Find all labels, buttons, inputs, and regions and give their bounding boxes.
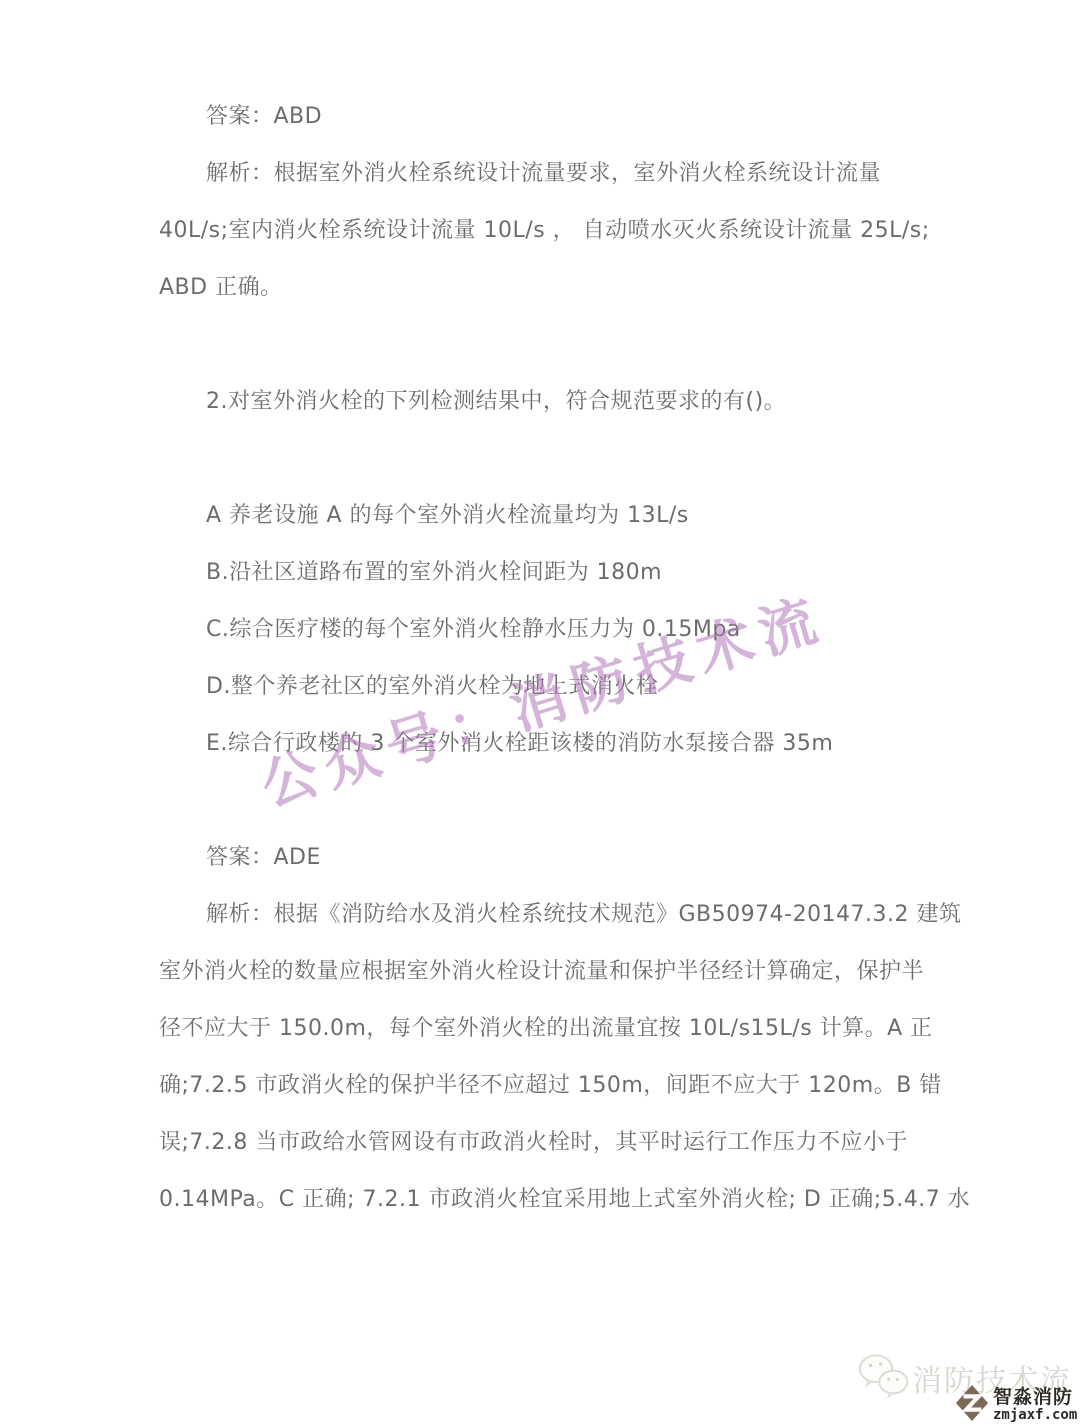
- q2-option-d: D.整个养老社区的室外消火栓为地上式消火栓: [159, 658, 931, 715]
- wechat-bubbles-icon: [858, 1350, 910, 1406]
- site-name: 智淼消防: [993, 1387, 1077, 1408]
- q2-analysis-line: 0.14MPa。C 正确; 7.2.1 市政消火栓宜采用地上式室外消火栓; D …: [159, 1171, 931, 1228]
- q2-option-a: A 养老设施 A 的每个室外消火栓流量均为 13L/s: [159, 487, 931, 544]
- q2-analysis-line: 室外消火栓的数量应根据室外消火栓设计流量和保护半径经计算确定，保护半: [159, 943, 931, 1000]
- q2-analysis-line: 径不应大于 150.0m，每个室外消火栓的出流量宜按 10L/s15L/s 计算…: [159, 1000, 931, 1057]
- q2-answer-line: 答案：ADE: [159, 829, 931, 886]
- q2-analysis-line: 误;7.2.8 当市政给水管网设有市政消火栓时，其平时运行工作压力不应小于: [159, 1114, 931, 1171]
- q2-option-c: C.综合医疗楼的每个室外消火栓静水压力为 0.15Mpa: [159, 601, 931, 658]
- site-text: 智淼消防 zmjaxf.com: [993, 1387, 1077, 1423]
- q1-answer-line: 答案：ABD: [159, 88, 931, 145]
- q1-analysis-line: 40L/s;室内消火栓系统设计流量 10L/s ， 自动喷水灭火系统设计流量 2…: [159, 202, 931, 259]
- site-url: zmjaxf.com: [993, 1408, 1077, 1423]
- q2-option-e: E.综合行政楼的 3 个室外消火栓距该楼的消防水泵接合器 35m: [159, 715, 931, 772]
- diamond-z-logo-icon: [955, 1384, 989, 1424]
- q2-option-b: B.沿社区道路布置的室外消火栓间距为 180m: [159, 544, 931, 601]
- document-text-block: 答案：ABD 解析：根据室外消火栓系统设计流量要求，室外消火栓系统设计流量 40…: [159, 88, 931, 1228]
- q2-analysis-line: 解析：根据《消防给水及消火栓系统技术规范》GB50974-20147.3.2 建…: [159, 886, 931, 943]
- document-page: 答案：ABD 解析：根据室外消火栓系统设计流量要求，室外消火栓系统设计流量 40…: [0, 0, 1080, 1424]
- q2-analysis-line: 确;7.2.5 市政消火栓的保护半径不应超过 150m，间距不应大于 120m。…: [159, 1057, 931, 1114]
- q1-analysis-line: ABD 正确。: [159, 259, 931, 316]
- site-logo-block: 智淼消防 zmjaxf.com: [955, 1384, 1077, 1424]
- q2-question-line: 2.对室外消火栓的下列检测结果中，符合规范要求的有()。: [159, 373, 931, 430]
- q1-analysis-line: 解析：根据室外消火栓系统设计流量要求，室外消火栓系统设计流量: [159, 145, 931, 202]
